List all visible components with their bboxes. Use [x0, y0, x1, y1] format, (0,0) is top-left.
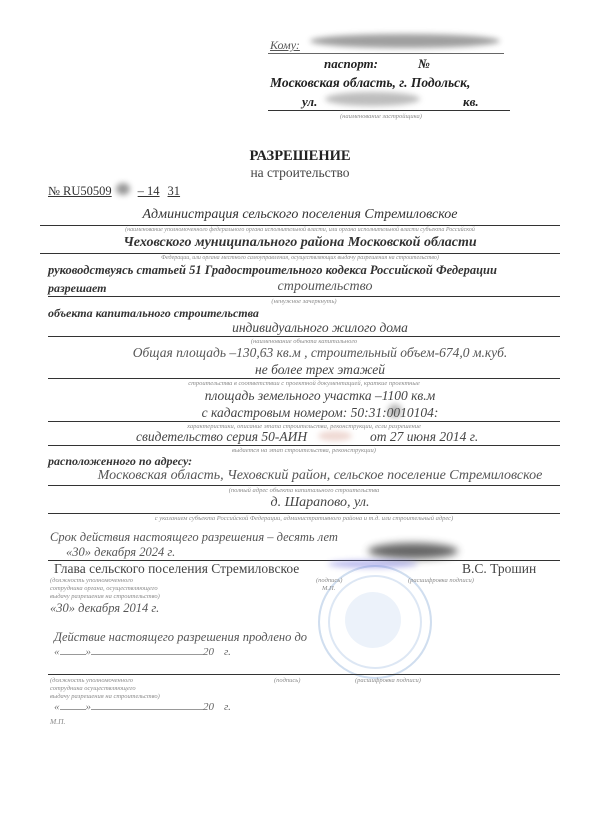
- extension-position-caption-1: (должность уполномоченного: [50, 677, 133, 684]
- floors-rule: [48, 378, 560, 379]
- extension-month-blank: [91, 654, 203, 655]
- official-seal-emblem: [345, 592, 401, 648]
- cadastral-rule: [48, 421, 560, 422]
- extension-rule: [48, 674, 560, 675]
- redacted-cadastral: [388, 404, 402, 418]
- extension-date-2: «»20г.: [54, 701, 231, 713]
- signer-name: В.С. Трошин: [462, 561, 536, 577]
- extension-line: Действие настоящего разрешения продлено …: [54, 630, 307, 645]
- object-caption: (наименование объекта капитального: [48, 338, 560, 345]
- object-rule: [48, 336, 560, 337]
- passport-label: паспорт:: [324, 56, 378, 72]
- signer-position: Глава сельского поселения Стремиловское: [54, 561, 299, 577]
- extension-position-caption-3: выдачу разрешения на строительство): [50, 693, 160, 700]
- cadastral-line: с кадастровым номером: 50:31:0010104:: [40, 405, 600, 421]
- redacted-street: [325, 92, 420, 106]
- signer-position-caption-2: сотрудника органа, осуществляющего: [50, 585, 158, 592]
- apt-label: кв.: [463, 94, 479, 110]
- permit-number: № RU50509– 1431: [48, 184, 180, 199]
- extension-date2-open: «: [54, 701, 60, 713]
- extension-decoding-caption: (расшифровка подписи): [355, 677, 421, 684]
- decoding-caption: (расшифровка подписи): [408, 577, 474, 584]
- recipient-underline: [268, 110, 510, 111]
- extension-stamp-place: М.П.: [50, 717, 65, 726]
- permit-number-suffix: – 14: [138, 184, 160, 198]
- extension-year2: 20: [203, 701, 214, 713]
- street-prefix: ул.: [302, 94, 317, 110]
- signature-date: «30» декабря 2014 г.: [50, 601, 159, 616]
- land-area-line: площадь земельного участка –1100 кв.м: [40, 388, 600, 404]
- redacted-recipient-name: [310, 34, 500, 48]
- certificate-line: свидетельство серия 50-АИН: [136, 429, 307, 445]
- extension-day2-blank: [60, 709, 86, 710]
- floors-caption: строительства в соответствии с проектной…: [48, 380, 560, 387]
- address-line2: д. Шарапово, ул.: [40, 495, 600, 511]
- floors-line: не более трех этажей: [40, 362, 600, 378]
- validity-line: Срок действия настоящего разрешения – де…: [50, 530, 338, 545]
- address-line1: Московская область, Чеховский район, сел…: [40, 468, 600, 484]
- extension-date2-mid: »: [86, 701, 92, 713]
- address-caption2: с указанием субъекта Российской Федераци…: [48, 515, 560, 522]
- issuer-line1: Администрация сельского поселения Стреми…: [40, 207, 560, 223]
- extension-year: 20: [203, 646, 214, 658]
- extension-date-1: «»20г.: [54, 646, 231, 658]
- object-value: индивидуального жилого дома: [40, 320, 600, 336]
- issuer-caption1: (наименование уполномоченного федерально…: [40, 227, 560, 233]
- extension-day-blank: [60, 654, 86, 655]
- area-line: Общая площадь –130,63 кв.м , строительны…: [40, 345, 600, 361]
- signer-position-caption-1: (должность уполномоченного: [50, 577, 133, 584]
- permits-value: строительство: [150, 279, 500, 295]
- issuer-line2-rule: [40, 253, 560, 254]
- redacted-certificate-number: [318, 431, 352, 441]
- signature-ink: [328, 560, 418, 568]
- issuer-caption2: Федерации, или органа местного самоуправ…: [40, 255, 560, 261]
- validity-until: «30» декабря 2024 г.: [66, 545, 175, 560]
- permits-caption: (ненужное зачеркнуть): [48, 298, 560, 305]
- sign-caption: (подпись): [316, 577, 342, 584]
- address-label: расположенного по адресу:: [48, 454, 192, 469]
- permits-rule: [48, 296, 560, 297]
- recipient-caption: (наименование застройщика): [340, 113, 422, 120]
- passport-no-sign: №: [418, 56, 430, 72]
- redacted-signature: [368, 543, 458, 559]
- issuer-line2: Чеховского муниципального района Московс…: [40, 235, 560, 251]
- to-label: Кому:: [270, 38, 300, 53]
- permit-number-tail: 31: [168, 184, 181, 198]
- address-line1-rule: [48, 485, 560, 486]
- extension-g: г.: [224, 646, 231, 658]
- object-label: объекта капитального строительства: [48, 306, 259, 321]
- address-caption1: (полный адрес объекта капитального строи…: [48, 487, 560, 494]
- issuer-line1-rule: [40, 225, 560, 226]
- document-subtitle: на строительство: [0, 165, 600, 181]
- extension-date-open: «: [54, 646, 60, 658]
- to-underline: [268, 53, 504, 54]
- address-line2-rule: [48, 513, 560, 514]
- extension-month2-blank: [91, 709, 203, 710]
- signer-position-caption-3: выдачу разрешения на строительство): [50, 593, 160, 600]
- guided-by-text: руководствуясь статьей 51 Градостроитель…: [48, 263, 497, 278]
- extension-position-caption-2: сотрудника осуществляющего: [50, 685, 136, 692]
- document-title: РАЗРЕШЕНИЕ: [0, 148, 600, 165]
- extension-date-mid: »: [86, 646, 92, 658]
- permit-number-prefix: № RU50509: [48, 184, 112, 198]
- extension-sign-caption: (подпись): [274, 677, 300, 684]
- extension-g2: г.: [224, 701, 231, 713]
- redacted-permit-digits: [116, 183, 130, 195]
- recipient-address-line1: Московская область, г. Подольск,: [270, 75, 470, 91]
- stamp-place: М.П.: [322, 585, 335, 592]
- permits-label: разрешает: [48, 281, 107, 296]
- certificate-caption: выдается на этап строительства, реконстр…: [48, 447, 560, 454]
- certificate-rule: [48, 445, 560, 446]
- certificate-date: от 27 июня 2014 г.: [370, 429, 478, 445]
